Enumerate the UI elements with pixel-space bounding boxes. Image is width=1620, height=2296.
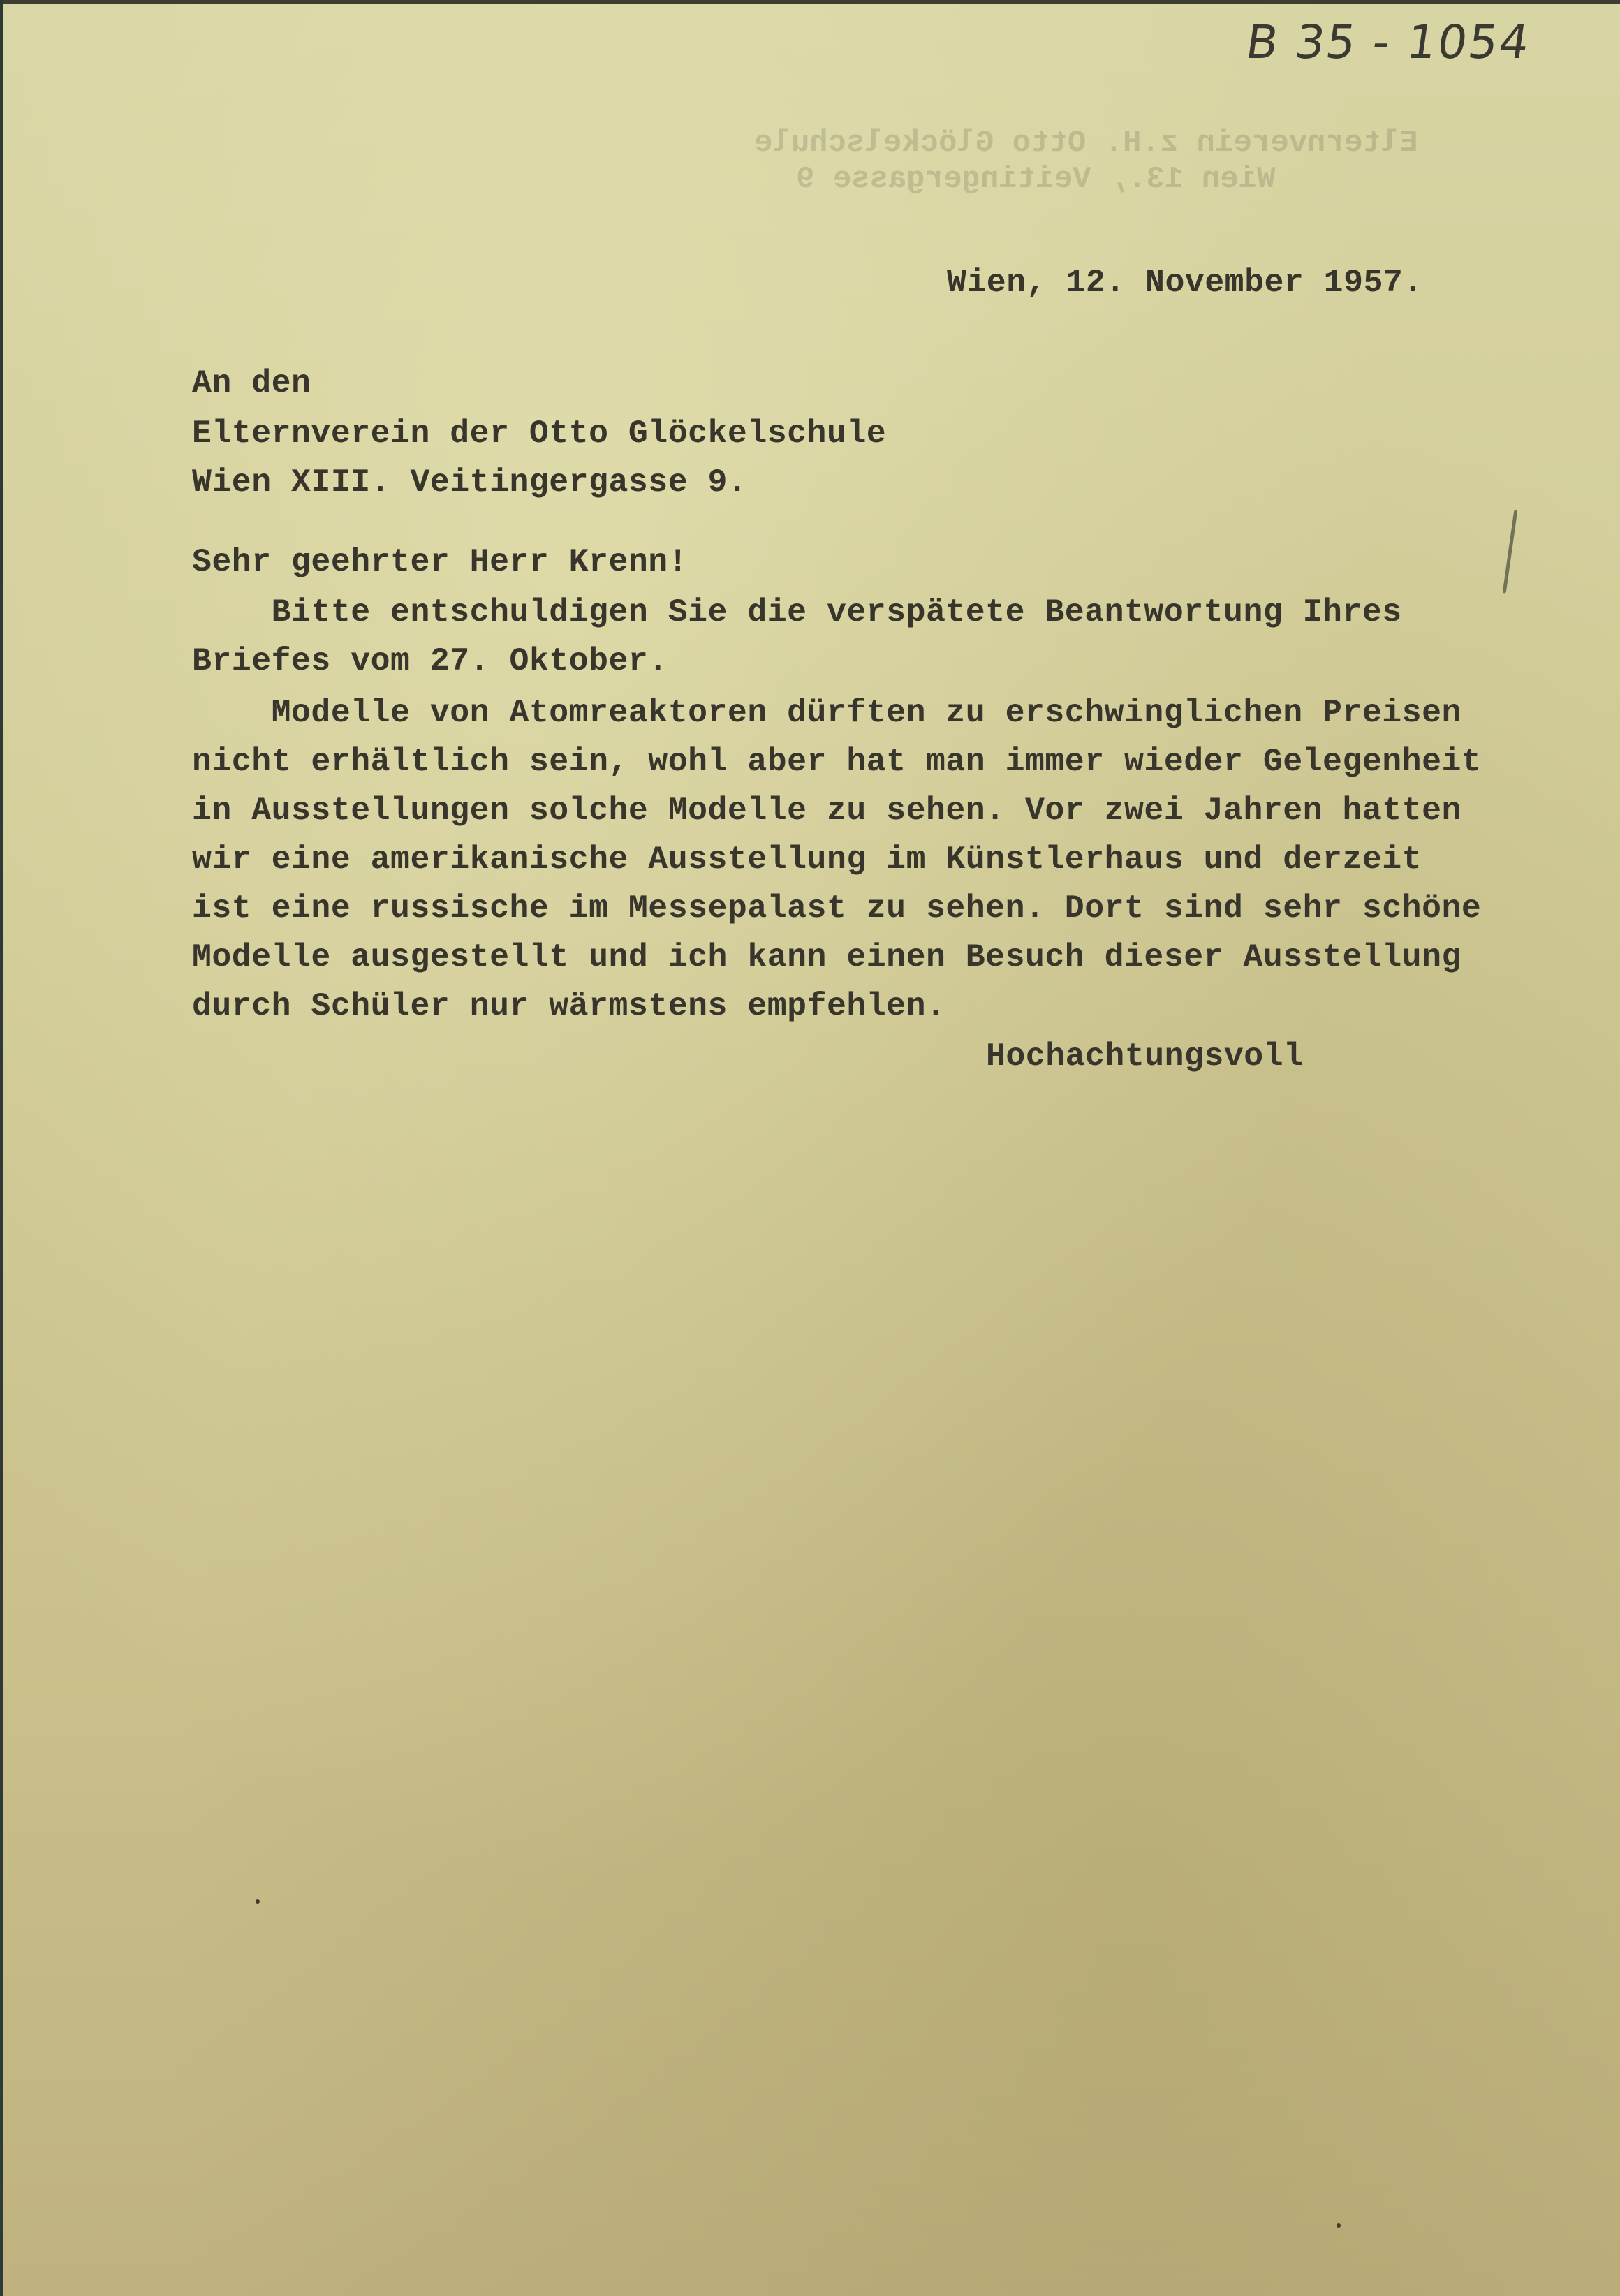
- body-line: Briefes vom 27. Oktober.: [192, 642, 668, 679]
- letter-page: B 35 - 1054 Elternverein z.H. Otto Glöck…: [0, 0, 1620, 2296]
- scan-left-edge: [0, 0, 3, 2296]
- body-line: nicht erhältlich sein, wohl aber hat man…: [192, 743, 1481, 780]
- pencil-margin-mark: [1503, 510, 1518, 594]
- bleed-through-line-1: Elternverein z.H. Otto Glöckelschule: [754, 126, 1418, 161]
- body-line: wir eine amerikanische Ausstellung im Kü…: [192, 841, 1422, 878]
- body-line: Bitte entschuldigen Sie die verspätete B…: [192, 594, 1402, 631]
- archive-number: B 35 - 1054: [1243, 15, 1534, 69]
- date-line: Wien, 12. November 1957.: [947, 264, 1423, 301]
- body-line: durch Schüler nur wärmstens empfehlen.: [192, 987, 945, 1024]
- body-line: ist eine russische im Messepalast zu seh…: [192, 890, 1481, 927]
- recipient-line-2: Elternverein der Otto Glöckelschule: [192, 415, 886, 452]
- paper-speck: [256, 1899, 260, 1904]
- recipient-line-1: An den: [192, 365, 311, 402]
- bleed-through-line-2: Wien 13., Veitingergasse 9: [796, 162, 1276, 197]
- salutation: Sehr geehrter Herr Krenn!: [192, 543, 688, 580]
- body-line: Modelle ausgestellt und ich kann einen B…: [192, 939, 1461, 976]
- recipient-line-3: Wien XIII. Veitingergasse 9.: [192, 464, 747, 501]
- body-line: Modelle von Atomreaktoren dürften zu ers…: [192, 694, 1461, 731]
- paper-speck: [1336, 2223, 1341, 2228]
- closing: Hochachtungsvoll: [986, 1038, 1303, 1075]
- scan-top-edge: [0, 0, 1620, 4]
- body-line: in Ausstellungen solche Modelle zu sehen…: [192, 792, 1461, 829]
